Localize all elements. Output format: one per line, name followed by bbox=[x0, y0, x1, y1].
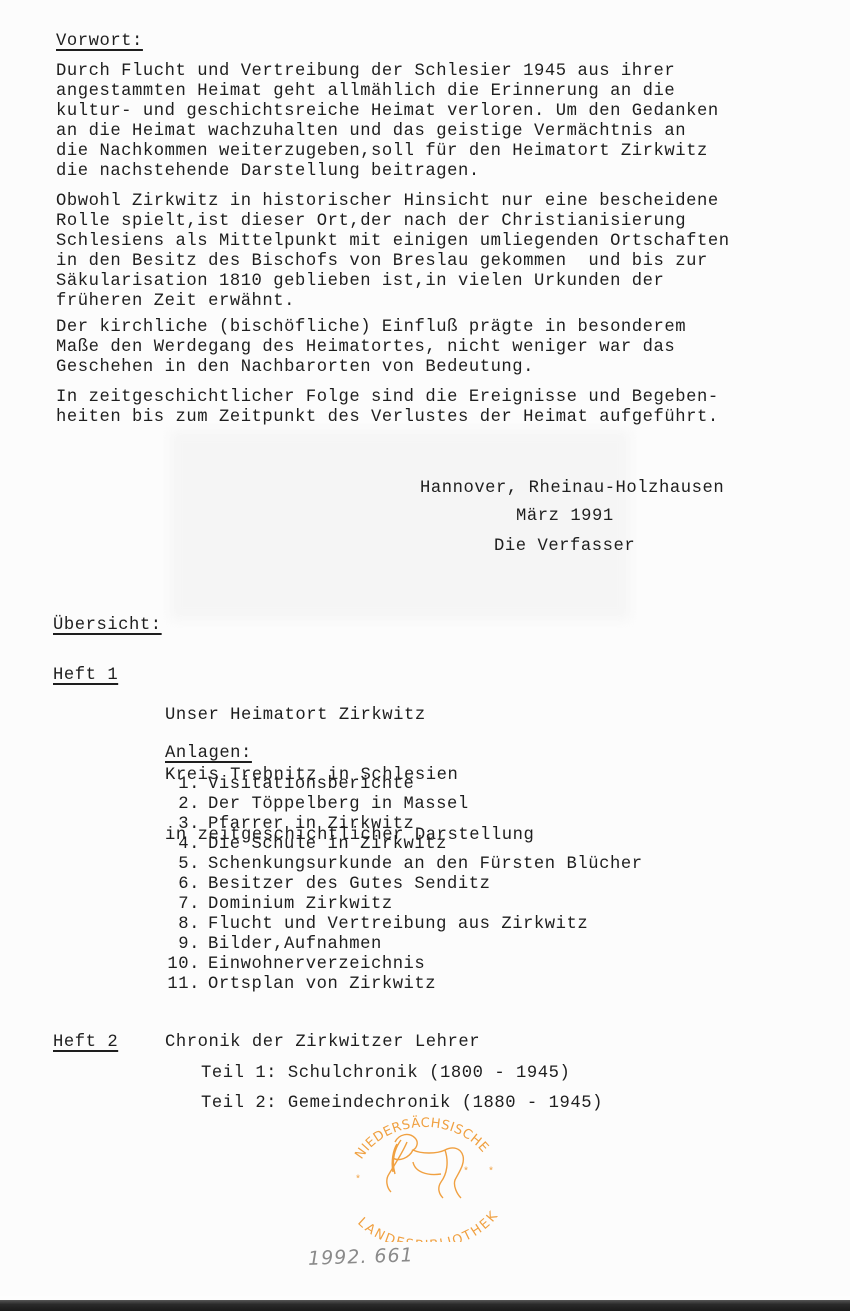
appendix-item-number: 11. bbox=[164, 975, 200, 995]
scanner-bottom-edge bbox=[0, 1300, 850, 1311]
text-line: Schlesiens als Mittelpunkt mit einigen u… bbox=[56, 232, 836, 252]
library-stamp: NIEDERSÄCHSISCHE LANDESBIBLIOTHEK * * * bbox=[333, 1102, 513, 1242]
stamp-top-text: NIEDERSÄCHSISCHE bbox=[352, 1115, 491, 1162]
svg-text:*: * bbox=[488, 1166, 494, 1178]
appendix-item-number: 4. bbox=[164, 835, 200, 855]
handwritten-shelfmark: 1992. 661 bbox=[308, 1244, 414, 1270]
appendix-list: 1.Visitationsberichte2.Der Töppelberg in… bbox=[164, 775, 643, 995]
signature-date: März 1991 bbox=[516, 507, 614, 527]
text-line: In zeitgeschichtlicher Folge sind die Er… bbox=[56, 388, 836, 408]
heft2-part-1: Teil 1: Schulchronik (1800 - 1945) bbox=[201, 1064, 570, 1084]
appendix-item-number: 9. bbox=[164, 935, 200, 955]
text-line: angestammten Heimat geht allmählich die … bbox=[56, 82, 836, 102]
heft2-label: Heft 2 bbox=[53, 1033, 118, 1053]
heft2-title: Chronik der Zirkwitzer Lehrer bbox=[165, 1033, 480, 1053]
text-line: Obwohl Zirkwitz in historischer Hinsicht… bbox=[56, 192, 836, 212]
appendix-item-text: Visitationsberichte bbox=[208, 775, 414, 795]
svg-text:*: * bbox=[355, 1174, 361, 1186]
appendix-item-text: Flucht und Vertreibung aus Zirkwitz bbox=[208, 915, 588, 935]
appendix-item-text: Bilder,Aufnahmen bbox=[208, 935, 382, 955]
foreword-paragraph-2: Obwohl Zirkwitz in historischer Hinsicht… bbox=[56, 192, 836, 312]
text-line: Säkularisation 1810 geblieben ist,in vie… bbox=[56, 272, 836, 292]
appendix-item: 1.Visitationsberichte bbox=[164, 775, 643, 795]
text-line: in den Besitz des Bischofs von Breslau g… bbox=[56, 252, 836, 272]
appendix-item-number: 3. bbox=[164, 815, 200, 835]
foreword-paragraph-4: In zeitgeschichtlicher Folge sind die Er… bbox=[56, 388, 836, 428]
text-line: Durch Flucht und Vertreibung der Schlesi… bbox=[56, 62, 836, 82]
appendix-item-number: 2. bbox=[164, 795, 200, 815]
heft1-label: Heft 1 bbox=[53, 666, 118, 686]
foreword-paragraph-3: Der kirchliche (bischöfliche) Einfluß pr… bbox=[56, 318, 836, 378]
appendix-item-number: 1. bbox=[164, 775, 200, 795]
text-line: an die Heimat wachzuhalten und das geist… bbox=[56, 122, 836, 142]
text-line: Geschehen in den Nachbarorten von Bedeut… bbox=[56, 358, 836, 378]
signature-authors: Die Verfasser bbox=[494, 537, 635, 557]
appendix-item: 8.Flucht und Vertreibung aus Zirkwitz bbox=[164, 915, 643, 935]
text-line: Unser Heimatort Zirkwitz bbox=[165, 706, 534, 726]
stamp-bottom-text: LANDESBIBLIOTHEK bbox=[354, 1209, 501, 1242]
foreword-paragraph-1: Durch Flucht und Vertreibung der Schlesi… bbox=[56, 62, 836, 182]
appendix-item-number: 6. bbox=[164, 875, 200, 895]
appendix-item: 5.Schenkungsurkunde an den Fürsten Blüch… bbox=[164, 855, 643, 875]
appendix-item: 6.Besitzer des Gutes Senditz bbox=[164, 875, 643, 895]
text-line: Der kirchliche (bischöfliche) Einfluß pr… bbox=[56, 318, 836, 338]
appendix-item-text: Dominium Zirkwitz bbox=[208, 895, 393, 915]
appendix-item-number: 10. bbox=[164, 955, 200, 975]
horse-icon bbox=[387, 1135, 464, 1198]
appendix-item-text: Besitzer des Gutes Senditz bbox=[208, 875, 490, 895]
text-line: heiten bis zum Zeitpunkt des Verlustes d… bbox=[56, 408, 836, 428]
appendix-item: 10.Einwohnerverzeichnis bbox=[164, 955, 643, 975]
text-line: kultur- und geschichtsreiche Heimat verl… bbox=[56, 102, 836, 122]
svg-text:*: * bbox=[463, 1166, 469, 1178]
appendix-item: 7.Dominium Zirkwitz bbox=[164, 895, 643, 915]
signature-place: Hannover, Rheinau-Holzhausen bbox=[420, 479, 724, 499]
appendix-item: 2.Der Töppelberg in Massel bbox=[164, 795, 643, 815]
appendix-item-number: 7. bbox=[164, 895, 200, 915]
text-line: Maße den Werdegang des Heimatortes, nich… bbox=[56, 338, 836, 358]
appendix-item-number: 8. bbox=[164, 915, 200, 935]
appendix-item-text: Der Töppelberg in Massel bbox=[208, 795, 469, 815]
svg-text:NIEDERSÄCHSISCHE: NIEDERSÄCHSISCHE bbox=[352, 1115, 491, 1162]
text-line: früheren Zeit erwähnt. bbox=[56, 292, 836, 312]
appendix-item-text: Pfarrer in Zirkwitz bbox=[208, 815, 414, 835]
appendix-item-text: Die Schule in Zirkwitz bbox=[208, 835, 447, 855]
text-line: die nachstehende Darstellung beitragen. bbox=[56, 162, 836, 182]
appendix-item: 4.Die Schule in Zirkwitz bbox=[164, 835, 643, 855]
appendix-item: 11.Ortsplan von Zirkwitz bbox=[164, 975, 643, 995]
text-line: Rolle spielt,ist dieser Ort,der nach der… bbox=[56, 212, 836, 232]
text-line: die Nachkommen weiterzugeben,soll für de… bbox=[56, 142, 836, 162]
foreword-heading: Vorwort: bbox=[56, 32, 143, 52]
appendix-item: 3.Pfarrer in Zirkwitz bbox=[164, 815, 643, 835]
appendix-item-number: 5. bbox=[164, 855, 200, 875]
appendix-item-text: Einwohnerverzeichnis bbox=[208, 955, 425, 975]
svg-text:LANDESBIBLIOTHEK: LANDESBIBLIOTHEK bbox=[354, 1209, 501, 1242]
appendix-item-text: Ortsplan von Zirkwitz bbox=[208, 975, 436, 995]
appendix-item-text: Schenkungsurkunde an den Fürsten Blücher bbox=[208, 855, 643, 875]
appendix-item: 9.Bilder,Aufnahmen bbox=[164, 935, 643, 955]
overview-heading: Übersicht: bbox=[53, 616, 162, 636]
appendix-heading: Anlagen: bbox=[165, 744, 252, 764]
